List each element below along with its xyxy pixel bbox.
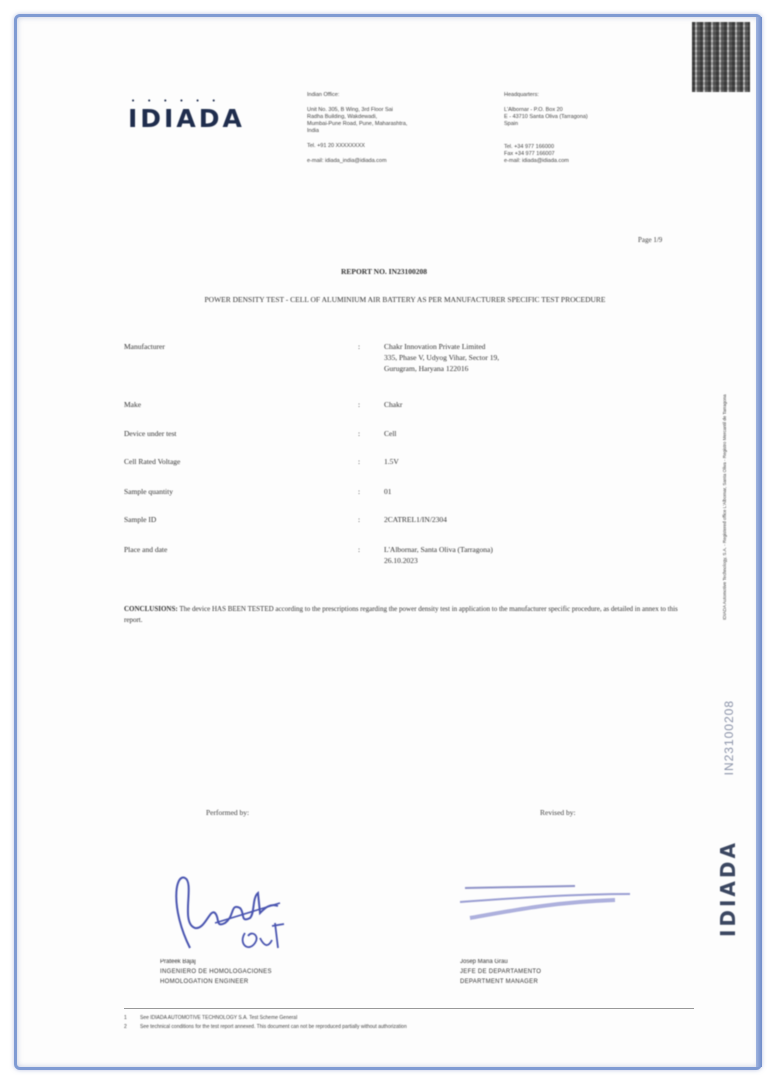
field-value-line: L'Albornar, Santa Oliva (Tarragona) — [384, 544, 654, 555]
headquarters-tel: Tel. +34 977 166000 — [504, 144, 674, 151]
field-value: L'Albornar, Santa Oliva (Tarragona)26.10… — [384, 544, 654, 566]
india-office-email: e-mail: idiada_india@idiada.com — [307, 158, 457, 165]
field-value-line: 2CATREL1/IN/2304 — [384, 514, 654, 525]
headquarters-line: E - 43710 Santa Oliva (Tarragona) — [504, 114, 674, 121]
field-label: Make — [124, 399, 324, 410]
document-frame — [14, 14, 762, 1070]
field-value: 2CATREL1/IN/2304 — [384, 514, 654, 525]
side-report-code: IN23100208 — [722, 700, 736, 775]
reviewer-block: Josep Maria Grau JEFE DE DEPARTAMENTO DE… — [460, 957, 541, 987]
field-value-line: Chakr — [384, 399, 654, 410]
footnote: 2See technical conditions for the test r… — [124, 1023, 407, 1032]
india-office-address: Indian Office: Unit No. 305, B Wing, 3rd… — [307, 92, 457, 165]
performer-signature — [160, 868, 300, 958]
field-label: Sample ID — [124, 514, 324, 525]
report-title: POWER DENSITY TEST - CELL OF ALUMINIUM A… — [140, 295, 670, 305]
field-label: Manufacturer — [124, 341, 324, 352]
headquarters-fax: Fax +34 977 166007 — [504, 151, 674, 158]
performer-role-en: HOMOLOGATION ENGINEER — [160, 977, 272, 987]
reviewer-role-en: DEPARTMENT MANAGER — [460, 977, 541, 987]
reviewer-signature — [455, 880, 645, 930]
india-office-line: Radha Building, Wakdewadi, — [307, 114, 457, 121]
field-value: Chakr — [384, 399, 654, 410]
field-colon: : — [358, 456, 360, 467]
headquarters-heading: Headquarters: — [504, 92, 674, 99]
performer-name: Prateek Bajaj — [160, 957, 272, 967]
headquarters-email: e-mail: idiada@idiada.com — [504, 158, 674, 165]
field-label: Sample quantity — [124, 486, 324, 497]
field-value: Cell — [384, 428, 654, 439]
india-office-line: India — [307, 128, 457, 135]
field-value-line: 1.5V — [384, 456, 654, 467]
field-colon: : — [358, 544, 360, 555]
field-label: Place and date — [124, 544, 324, 555]
field-colon: : — [358, 341, 360, 352]
performer-block: Prateek Bajaj INGENIERO DE HOMOLOGACIONE… — [160, 957, 272, 987]
idiada-logo: IDIADA — [128, 104, 245, 133]
field-value-line: 26.10.2023 — [384, 555, 654, 566]
conclusion-text: The device HAS BEEN TESTED according to … — [124, 605, 678, 624]
reviewer-role-es: JEFE DE DEPARTAMENTO — [460, 967, 541, 977]
field-colon: : — [358, 399, 360, 410]
side-legal-text: IDIADA Automotive Technology, S.A. - Reg… — [722, 280, 728, 620]
field-colon: : — [358, 428, 360, 439]
headquarters-address: Headquarters: L'Albornar - P.O. Box 20 E… — [504, 92, 674, 165]
india-office-line: Unit No. 305, B Wing, 3rd Floor Sai — [307, 107, 457, 114]
field-value: Chakr Innovation Private Limited335, Pha… — [384, 341, 654, 374]
conclusion: CONCLUSIONS: The device HAS BEEN TESTED … — [124, 604, 684, 626]
field-colon: : — [358, 514, 360, 525]
side-idiada-logo: IDIADA — [716, 840, 740, 937]
report-number: REPORT NO. IN23100208 — [0, 267, 768, 276]
field-value: 1.5V — [384, 456, 654, 467]
page-number: Page 1/9 — [638, 236, 662, 244]
reviewer-name: Josep Maria Grau — [460, 957, 541, 967]
footnote: 1See IDIADA AUTOMOTIVE TECHNOLOGY S.A. T… — [124, 1014, 407, 1023]
india-office-tel: Tel. +91 20 XXXXXXXX — [307, 143, 457, 150]
performer-role-es: INGENIERO DE HOMOLOGACIONES — [160, 967, 272, 977]
footer-divider — [124, 1008, 694, 1009]
revised-by-label: Revised by: — [540, 808, 576, 817]
field-value-line: Chakr Innovation Private Limited — [384, 341, 654, 352]
performed-by-label: Performed by: — [206, 808, 249, 817]
field-label: Cell Rated Voltage — [124, 456, 324, 467]
field-value-line: Cell — [384, 428, 654, 439]
field-value-line: 01 — [384, 486, 654, 497]
field-value-line: 335, Phase V, Udyog Vihar, Sector 19, — [384, 352, 654, 363]
india-office-line: Mumbai-Pune Road, Pune, Maharashtra, — [307, 121, 457, 128]
conclusion-label: CONCLUSIONS: — [124, 605, 178, 613]
qr-code — [692, 22, 750, 92]
headquarters-line: L'Albornar - P.O. Box 20 — [504, 107, 674, 114]
field-value-line: Gurugram, Haryana 122016 — [384, 363, 654, 374]
footnotes: 1See IDIADA AUTOMOTIVE TECHNOLOGY S.A. T… — [124, 1014, 407, 1032]
headquarters-line: Spain — [504, 121, 674, 128]
field-label: Device under test — [124, 428, 324, 439]
field-value: 01 — [384, 486, 654, 497]
field-colon: : — [358, 486, 360, 497]
india-office-heading: Indian Office: — [307, 92, 457, 99]
